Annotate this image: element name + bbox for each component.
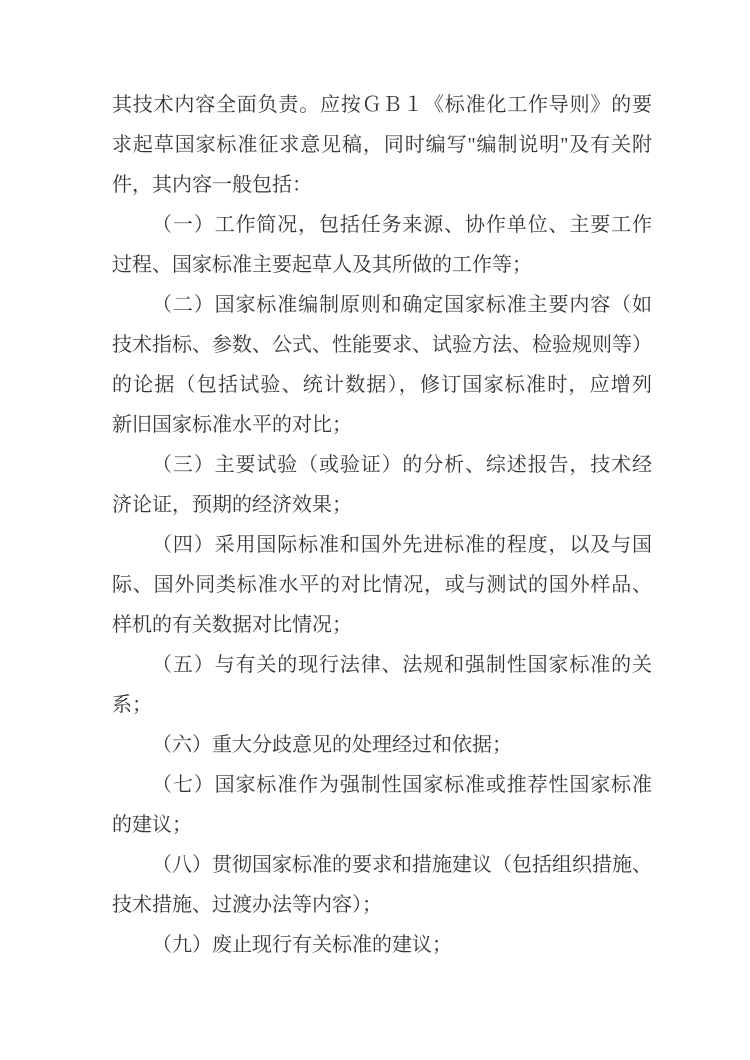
document-line: 际、国外同类标准水平的对比情况，或与测试的国外样品、 — [112, 565, 652, 605]
document-line: （六）重大分歧意见的处理经过和依据； — [112, 725, 652, 765]
document-line: （一）工作简况，包括任务来源、协作单位、主要工作 — [112, 205, 652, 245]
document-line: 技术措施、过渡办法等内容）； — [112, 885, 652, 925]
document-line: 系； — [112, 685, 652, 725]
document-line: 技术指标、参数、公式、性能要求、试验方法、检验规则等） — [112, 325, 652, 365]
document-line: （九）废止现行有关标准的建议； — [112, 925, 652, 965]
document-body: 其技术内容全面负责。应按ＧＢ１《标准化工作导则》的要求起草国家标准征求意见稿，同… — [112, 85, 652, 965]
document-line: （五）与有关的现行法律、法规和强制性国家标准的关 — [112, 645, 652, 685]
document-line: （二）国家标准编制原则和确定国家标准主要内容（如 — [112, 285, 652, 325]
document-line: 济论证，预期的经济效果； — [112, 485, 652, 525]
document-line: （七）国家标准作为强制性国家标准或推荐性国家标准 — [112, 765, 652, 805]
document-line: 其技术内容全面负责。应按ＧＢ１《标准化工作导则》的要 — [112, 85, 652, 125]
document-line: （三）主要试验（或验证）的分析、综述报告，技术经 — [112, 445, 652, 485]
document-line: （八）贯彻国家标准的要求和措施建议（包括组织措施、 — [112, 845, 652, 885]
document-line: 样机的有关数据对比情况； — [112, 605, 652, 645]
document-page: 其技术内容全面负责。应按ＧＢ１《标准化工作导则》的要求起草国家标准征求意见稿，同… — [0, 0, 750, 1060]
document-line: 新旧国家标准水平的对比； — [112, 405, 652, 445]
document-line: （四）采用国际标准和国外先进标准的程度，以及与国 — [112, 525, 652, 565]
document-line: 件，其内容一般包括： — [112, 165, 652, 205]
document-line: 过程、国家标准主要起草人及其所做的工作等； — [112, 245, 652, 285]
document-line: 的建议； — [112, 805, 652, 845]
document-line: 的论据（包括试验、统计数据），修订国家标准时，应增列 — [112, 365, 652, 405]
document-line: 求起草国家标准征求意见稿，同时编写"编制说明"及有关附 — [112, 125, 652, 165]
